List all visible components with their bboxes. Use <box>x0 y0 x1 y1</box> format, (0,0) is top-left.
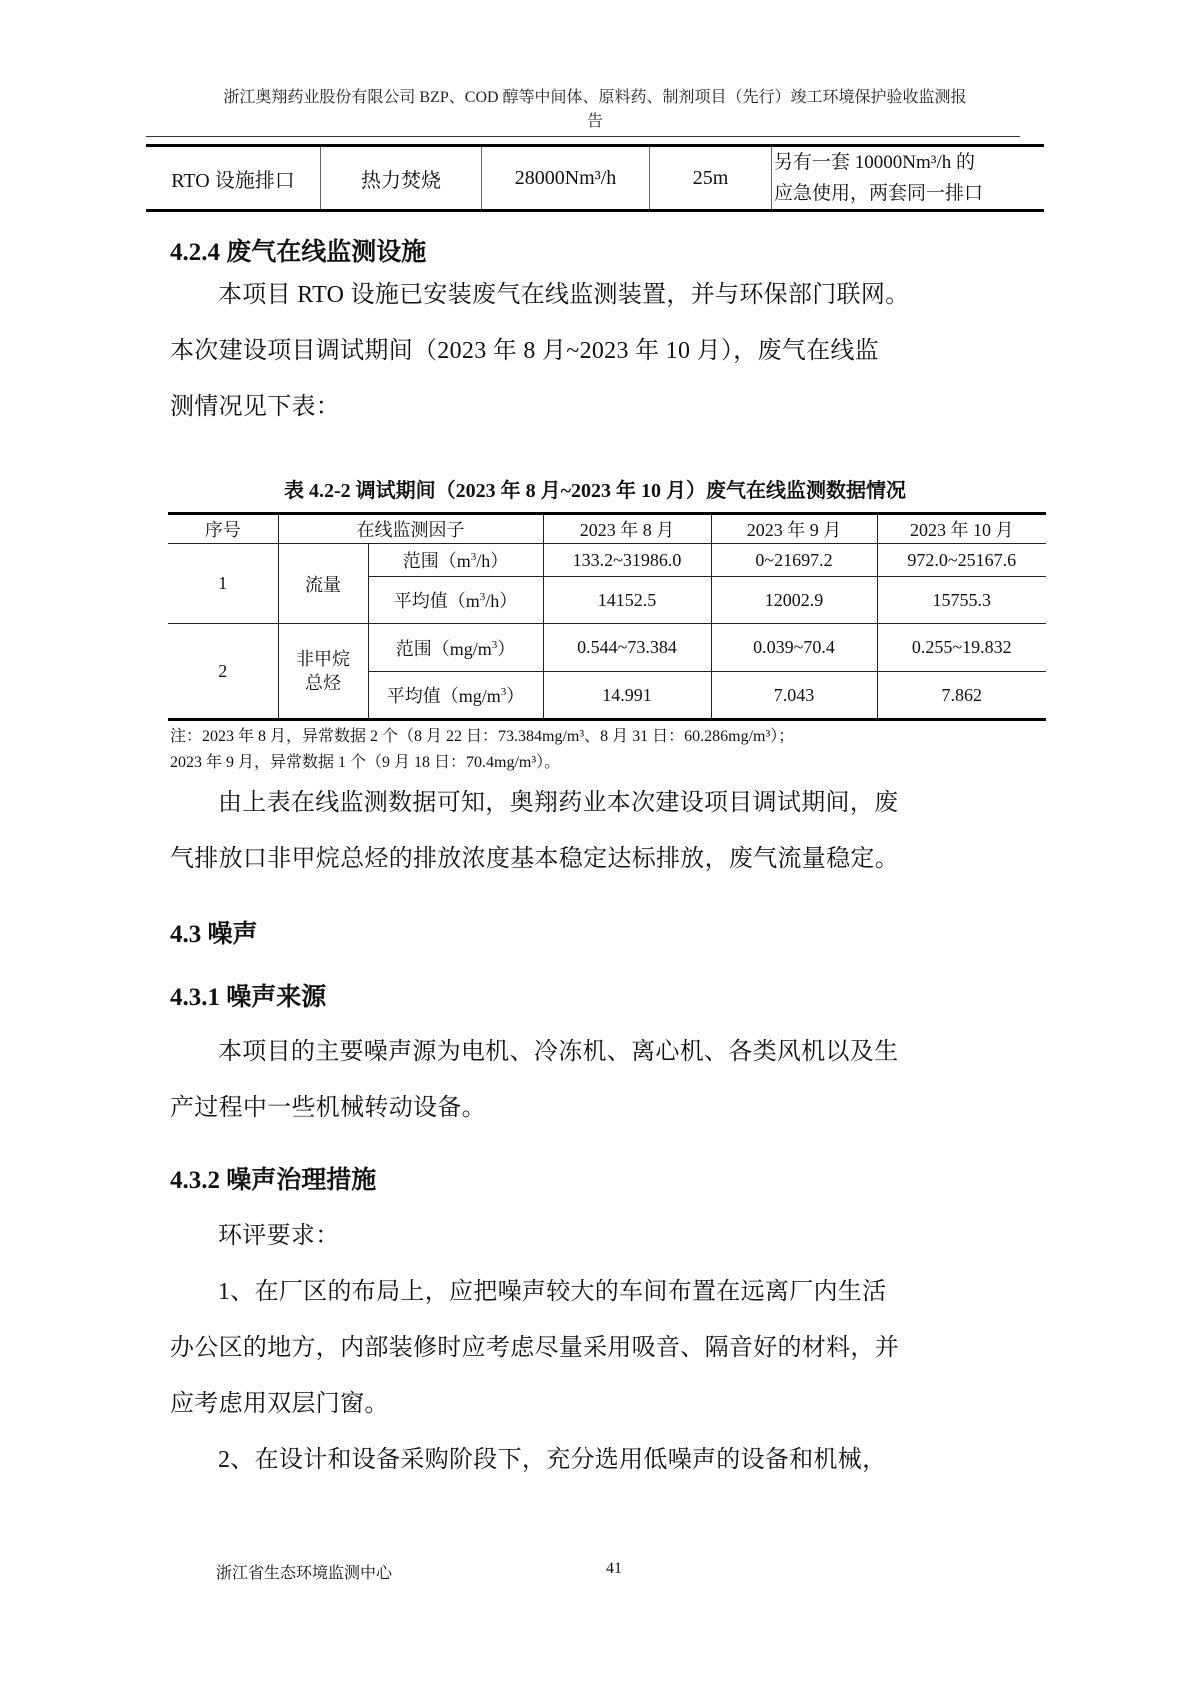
para-line: 环评要求： <box>170 1208 1030 1264</box>
row-factor: 非甲烷 总烃 <box>278 624 368 720</box>
section-heading-4-3: 4.3 噪声 <box>170 914 258 950</box>
page-header: 浙江奥翔药业股份有限公司 BZP、COD 醇等中间体、原料药、制剂项目（先行）竣… <box>170 86 1020 134</box>
footnote-line: 2023 年 9 月，异常数据 1 个（9 月 18 日：70.4mg/m³）。 <box>170 750 1040 776</box>
row-no: 1 <box>168 544 278 624</box>
footer-organization: 浙江省生态环境监测中心 <box>216 1560 392 1583</box>
row-metric: 平均值（m3/h） <box>368 577 543 624</box>
remark-cell: 另有一套 10000Nm³/h 的 应急使用，两套同一排口 <box>772 146 1045 211</box>
header-title-line1: 浙江奥翔药业股份有限公司 BZP、COD 醇等中间体、原料药、制剂项目（先行）竣… <box>170 86 1020 110</box>
table-header-row: 序号 在线监测因子 2023 年 8 月 2023 年 9 月 2023 年 1… <box>168 514 1046 544</box>
table-row: 1 流量 范围（m3/h） 133.2~31986.0 0~21697.2 97… <box>168 544 1046 577</box>
conclusion-paragraph: 由上表在线监测数据可知，奥翔药业本次建设项目调试期间，废 气排放口非甲烷总烃的排… <box>170 775 1030 887</box>
table-footnote: 注：2023 年 8 月，异常数据 2 个（8 月 22 日：73.384mg/… <box>170 724 1040 776</box>
para-line: 2、在设计和设备采购阶段下，充分选用低噪声的设备和机械， <box>170 1432 1030 1488</box>
online-monitoring-table: 序号 在线监测因子 2023 年 8 月 2023 年 9 月 2023 年 1… <box>168 512 1046 721</box>
row-factor: 流量 <box>278 544 368 624</box>
cell-sep: 0~21697.2 <box>711 544 877 577</box>
para-line: 气排放口非甲烷总烃的排放浓度基本稳定达标排放，废气流量稳定。 <box>170 831 1030 887</box>
page-number: 41 <box>606 1560 622 1578</box>
para-line: 本次建设项目调试期间（2023 年 8 月~2023 年 10 月），废气在线监 <box>170 323 1030 379</box>
cell-oct: 15755.3 <box>877 577 1046 624</box>
header-divider <box>146 136 1020 137</box>
cell-aug: 14.991 <box>543 672 711 720</box>
table-row: RTO 设施排口 热力焚烧 28000Nm³/h 25m 另有一套 10000N… <box>146 146 1044 211</box>
col-header-factor: 在线监测因子 <box>278 514 543 544</box>
table-caption: 表 4.2-2 调试期间（2023 年 8 月~2023 年 10 月）废气在线… <box>146 474 1044 503</box>
table-row: 2 非甲烷 总烃 范围（mg/m3） 0.544~73.384 0.039~70… <box>168 624 1046 672</box>
cell-oct: 972.0~25167.6 <box>877 544 1046 577</box>
para-line: 产过程中一些机械转动设备。 <box>170 1080 1030 1136</box>
flow-cell: 28000Nm³/h <box>482 146 650 211</box>
col-header-no: 序号 <box>168 514 278 544</box>
footnote-line: 注：2023 年 8 月，异常数据 2 个（8 月 22 日：73.384mg/… <box>170 724 1040 750</box>
col-header-aug: 2023 年 8 月 <box>543 514 711 544</box>
section-heading-4-2-4: 4.2.4 废气在线监测设施 <box>170 232 426 268</box>
cell-aug: 14152.5 <box>543 577 711 624</box>
cell-sep: 12002.9 <box>711 577 877 624</box>
col-header-sep: 2023 年 9 月 <box>711 514 877 544</box>
section-431-paragraph: 本项目的主要噪声源为电机、冷冻机、离心机、各类风机以及生 产过程中一些机械转动设… <box>170 1024 1030 1136</box>
remark-line1: 另有一套 10000Nm³/h 的 <box>774 147 1044 178</box>
section-heading-4-3-2: 4.3.2 噪声治理措施 <box>170 1160 376 1196</box>
row-no: 2 <box>168 624 278 720</box>
row-metric: 平均值（mg/m3） <box>368 672 543 720</box>
cell-oct: 7.862 <box>877 672 1046 720</box>
col-header-oct: 2023 年 10 月 <box>877 514 1046 544</box>
height-cell: 25m <box>650 146 772 211</box>
para-line: 办公区的地方，内部装修时应考虑尽量采用吸音、隔音好的材料，并 <box>170 1320 1030 1376</box>
section-heading-4-3-1: 4.3.1 噪声来源 <box>170 977 326 1013</box>
para-line: 由上表在线监测数据可知，奥翔药业本次建设项目调试期间，废 <box>170 775 1030 831</box>
treatment-cell: 热力焚烧 <box>321 146 482 211</box>
para-line: 应考虑用双层门窗。 <box>170 1376 1030 1432</box>
section-424-paragraph: 本项目 RTO 设施已安装废气在线监测装置，并与环保部门联网。 本次建设项目调试… <box>170 267 1030 435</box>
cell-sep: 0.039~70.4 <box>711 624 877 672</box>
cell-aug: 133.2~31986.0 <box>543 544 711 577</box>
continued-table: RTO 设施排口 热力焚烧 28000Nm³/h 25m 另有一套 10000N… <box>146 144 1044 212</box>
header-title-line2: 告 <box>170 110 1020 134</box>
outlet-cell: RTO 设施排口 <box>146 146 321 211</box>
remark-line2: 应急使用，两套同一排口 <box>774 178 1044 209</box>
section-432-paragraph: 环评要求： 1、在厂区的布局上，应把噪声较大的车间布置在远离厂内生活 办公区的地… <box>170 1208 1030 1488</box>
para-line: 1、在厂区的布局上，应把噪声较大的车间布置在远离厂内生活 <box>170 1264 1030 1320</box>
cell-sep: 7.043 <box>711 672 877 720</box>
para-line: 本项目 RTO 设施已安装废气在线监测装置，并与环保部门联网。 <box>170 267 1030 323</box>
para-line: 本项目的主要噪声源为电机、冷冻机、离心机、各类风机以及生 <box>170 1024 1030 1080</box>
cell-aug: 0.544~73.384 <box>543 624 711 672</box>
row-metric: 范围（m3/h） <box>368 544 543 577</box>
cell-oct: 0.255~19.832 <box>877 624 1046 672</box>
para-line: 测情况见下表： <box>170 379 1030 435</box>
row-metric: 范围（mg/m3） <box>368 624 543 672</box>
